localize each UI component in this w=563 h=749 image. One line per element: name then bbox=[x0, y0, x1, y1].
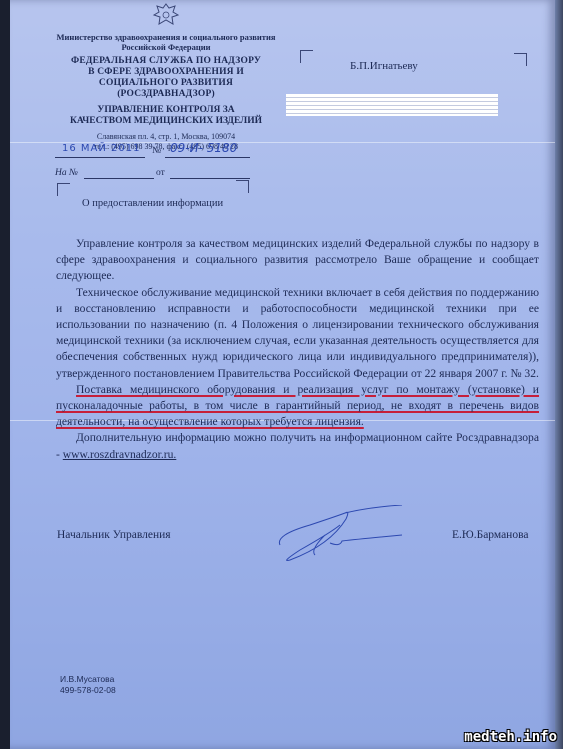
number-line bbox=[165, 157, 250, 158]
recipient-name: Б.П.Игнатьеву bbox=[350, 60, 418, 72]
subject-bracket-right bbox=[236, 180, 249, 193]
letter-subject: О предоставлении информации bbox=[82, 198, 223, 209]
paragraph-maintenance: Техническое обслуживание медицинской тех… bbox=[56, 285, 539, 382]
executor-name: И.В.Мусатова bbox=[60, 674, 116, 685]
registration-date-stamp: 16 МАЙ 2011 bbox=[62, 143, 140, 154]
paper-edge-shadow bbox=[555, 0, 563, 749]
service-line: СОЦИАЛЬНОГО РАЗВИТИЯ bbox=[48, 78, 284, 89]
letterhead: Министерство здравоохранения и социально… bbox=[48, 0, 284, 152]
address-bracket-right bbox=[514, 53, 527, 66]
signatory-name: Е.Ю.Барманова bbox=[452, 529, 528, 541]
paragraph-more-info: Дополнительную информацию можно получить… bbox=[56, 430, 539, 462]
reply-to-label: На № bbox=[55, 168, 78, 178]
reply-number-line bbox=[84, 178, 154, 179]
service-line: ФЕДЕРАЛЬНАЯ СЛУЖБА ПО НАДЗОРУ bbox=[48, 56, 284, 67]
date-line bbox=[55, 157, 145, 158]
number-label: № bbox=[152, 146, 161, 156]
site-watermark: medteh.info bbox=[464, 729, 557, 745]
handwritten-signature bbox=[270, 505, 410, 565]
service-line: (РОСЗДРАВНАДЗОР) bbox=[48, 89, 284, 100]
service-line: В СФЕРЕ ЗДРАВООХРАНЕНИЯ И bbox=[48, 67, 284, 78]
letter-body: Управление контроля за качеством медицин… bbox=[56, 236, 539, 463]
registration-number: 09-И- 5180 bbox=[170, 141, 237, 155]
department-line: УПРАВЛЕНИЕ КОНТРОЛЯ ЗА bbox=[48, 105, 284, 116]
from-date-line bbox=[170, 178, 250, 179]
department-name: УПРАВЛЕНИЕ КОНТРОЛЯ ЗА КАЧЕСТВОМ МЕДИЦИН… bbox=[48, 105, 284, 127]
subject-bracket-left bbox=[57, 183, 70, 196]
russian-coat-of-arms-icon bbox=[151, 2, 181, 30]
paragraph-highlighted: Поставка медицинского оборудования и реа… bbox=[56, 382, 539, 431]
service-name: ФЕДЕРАЛЬНАЯ СЛУЖБА ПО НАДЗОРУ В СФЕРЕ ЗД… bbox=[48, 56, 284, 100]
address-line: Славянская пл. 4, стр. 1, Москва, 109074 bbox=[48, 132, 284, 142]
department-line: КАЧЕСТВОМ МЕДИЦИНСКИХ ИЗДЕЛИЙ bbox=[48, 116, 284, 127]
website-link[interactable]: www.roszdravnadzor.ru. bbox=[63, 448, 177, 461]
executor-info: И.В.Мусатова 499-578-02-08 bbox=[60, 674, 116, 696]
redacted-address bbox=[286, 94, 498, 116]
executor-phone: 499-578-02-08 bbox=[60, 685, 116, 696]
from-label: от bbox=[156, 168, 165, 178]
ministry-name: Министерство здравоохранения и социально… bbox=[48, 32, 284, 52]
signatory-position: Начальник Управления bbox=[57, 529, 171, 541]
address-bracket-left bbox=[300, 50, 313, 63]
paragraph-intro: Управление контроля за качеством медицин… bbox=[56, 236, 539, 285]
